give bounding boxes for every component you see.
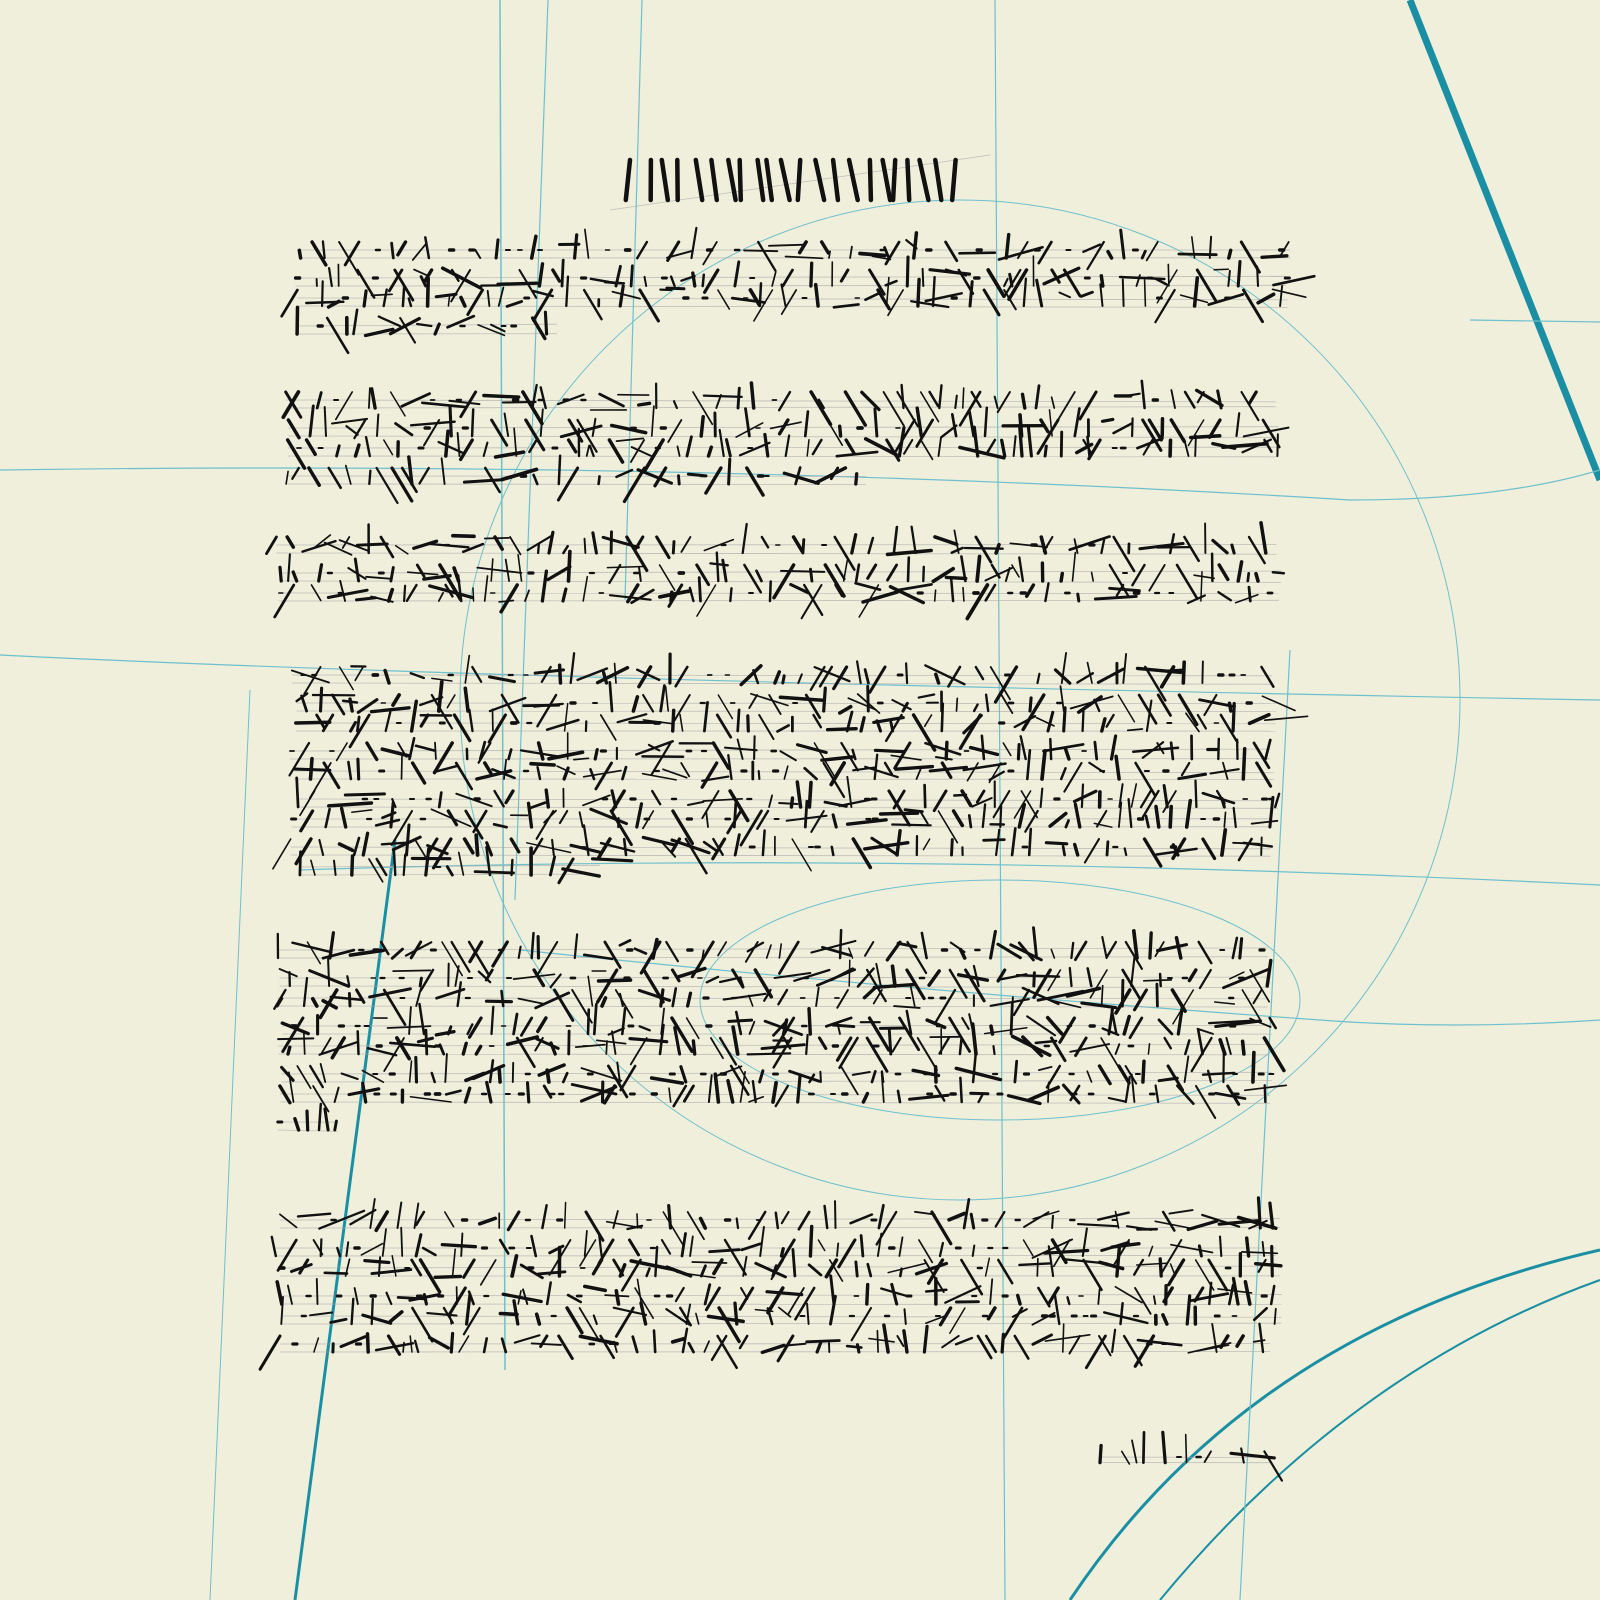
asemic-text-strokes <box>260 160 1314 1481</box>
asemic-artwork <box>0 0 1600 1600</box>
